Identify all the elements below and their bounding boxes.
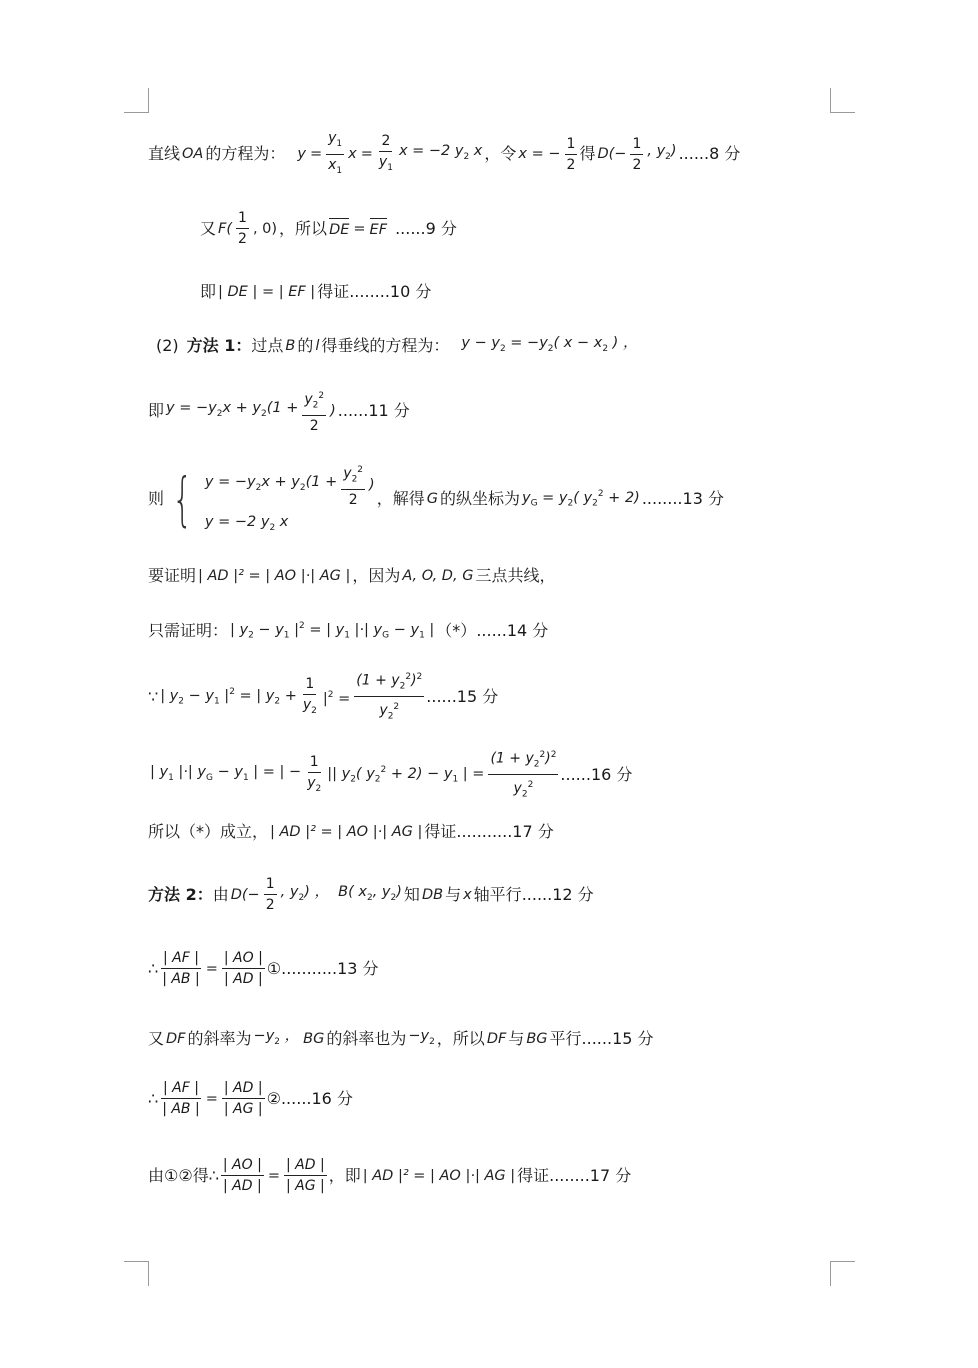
solution-line-16-ratio: ∴ | AF || AB | = | AD || AG | ② ......16… xyxy=(148,1078,353,1119)
math: = xyxy=(361,144,373,164)
solution-line-16: | y1 |·| yG − y1 | = | − 1y2 || y2( y22 … xyxy=(148,745,632,805)
math: −y2 xyxy=(408,1026,434,1052)
fraction-AD-AG: | AD || AG | xyxy=(222,1078,265,1119)
score: ......15 分 xyxy=(582,1029,654,1049)
circled-one: ① xyxy=(267,959,281,979)
fraction-1-2: 12 xyxy=(565,134,578,175)
math: −y2 ， xyxy=(254,1026,300,1052)
therefore-symbol: ∴ xyxy=(148,959,158,979)
equation-system: y = −y2x + y2(1 + y222 ) y = −2 y2 x xyxy=(203,460,377,538)
math: y xyxy=(297,144,306,164)
math: |2 = xyxy=(323,685,350,709)
math: | y2 − y1 |2 = | y2 + xyxy=(160,682,297,712)
vector-EF: EF xyxy=(370,218,388,240)
math: A, O, D, G xyxy=(402,566,473,586)
fraction-AD-AG: | AD || AG | xyxy=(284,1155,327,1196)
math: BG xyxy=(303,1029,324,1049)
method-label: 方法 1： xyxy=(187,336,252,356)
solution-line-17: 所以（*）成立， | AD |² = | AO |·| AG | 得证 ....… xyxy=(148,822,554,842)
score: ...........17 分 xyxy=(456,822,553,842)
text: ，所以 xyxy=(279,219,327,239)
fraction-1-2: 12 xyxy=(236,208,249,249)
text: 得证 xyxy=(517,1166,549,1186)
math: y − y2 = −y2( x − x2 ) ， xyxy=(461,333,637,359)
math: | AD |² = | AO |·| AG | xyxy=(270,822,422,842)
math: | AD |² = | AO |·| AG | xyxy=(363,1166,515,1186)
text: 的斜率为 xyxy=(188,1029,252,1049)
score: ........10 分 xyxy=(349,282,431,302)
left-brace-icon: { xyxy=(172,470,192,528)
text: 直线 xyxy=(148,144,180,164)
math: ) xyxy=(369,475,375,495)
text: 得证 xyxy=(317,282,349,302)
math: , y2) ， B( x2, y2) xyxy=(281,882,402,908)
therefore-symbol: ∴ xyxy=(148,1089,158,1109)
math: = xyxy=(353,219,365,239)
text: （*） xyxy=(436,621,476,641)
fraction-AF-AB: | AF || AB | xyxy=(160,1078,202,1119)
solution-line-15: ∵ | y2 − y1 |2 = | y2 + 1y2 |2 = (1 + y2… xyxy=(148,667,498,727)
math: x xyxy=(463,885,472,905)
fraction-1-y2: 1y2 xyxy=(301,674,319,721)
math: DB xyxy=(422,885,443,905)
math: | AD |² = | AO |·| AG | xyxy=(198,566,350,586)
fraction-AO-AD: | AO || AD | xyxy=(221,1155,264,1196)
solution-line-14: 只需证明： | y2 − y1 |2 = | y1 |·| yG − y1 | … xyxy=(148,616,548,646)
math: x = − xyxy=(518,144,560,164)
text: ，所以 xyxy=(437,1029,485,1049)
text: 轴平行 xyxy=(474,885,522,905)
fraction-1-y2: 1y2 xyxy=(305,752,323,799)
math: | DE | = | EF | xyxy=(218,282,315,302)
math: | y2 − y1 |2 = | y1 |·| yG − y1 | xyxy=(230,616,434,646)
text: ，即 xyxy=(329,1166,361,1186)
solution-line-17-conclusion: 由①②得 ∴ | AO || AD | = | AD || AG | ，即 | … xyxy=(148,1155,631,1196)
score: ......15 分 xyxy=(426,687,498,707)
text: 所以（*）成立， xyxy=(148,822,268,842)
page-corner-mark-bottom-left xyxy=(124,1261,149,1286)
solution-method-2-line-12: 方法 2： 由 D(− 12 , y2) ， B( x2, y2) 知 DB 与… xyxy=(148,874,594,915)
because-symbol: ∵ xyxy=(148,687,158,707)
math: D(− xyxy=(597,144,626,164)
part-label: (2) xyxy=(156,336,179,356)
math: | y1 |·| yG − y1 | = | − xyxy=(150,762,301,788)
text: 得 xyxy=(579,144,595,164)
solution-line-goal: 要证明 | AD |² = | AO |·| AG | ，因为 A, O, D,… xyxy=(148,566,555,586)
solution-line-13-system: 则 { y = −y2x + y2(1 + y222 ) y = −2 y2 x… xyxy=(148,460,724,538)
fraction-y1-x1: y1x1 xyxy=(326,128,344,181)
page-corner-mark-top-right xyxy=(830,88,855,113)
fraction-AO-AD: | AO || AD | xyxy=(222,948,265,989)
text: 即 xyxy=(148,401,164,421)
math: ) xyxy=(330,401,336,421)
vector-DE: DE xyxy=(329,218,349,240)
fraction-result: (1 + y22)2y22 xyxy=(488,745,558,805)
text: 的纵坐标为 xyxy=(440,489,520,509)
text: 知 xyxy=(404,885,420,905)
math: G xyxy=(427,489,438,509)
text: 平行 xyxy=(550,1029,582,1049)
text: 三点共线， xyxy=(475,566,555,586)
math: , y2) xyxy=(647,141,676,167)
math: D(− xyxy=(231,885,260,905)
math: , 0) xyxy=(253,219,277,239)
page-corner-mark-bottom-right xyxy=(830,1261,855,1286)
text: ，令 xyxy=(484,144,516,164)
text: 与 xyxy=(445,885,461,905)
math: = xyxy=(310,144,322,164)
math: BG xyxy=(526,1029,547,1049)
math: DF xyxy=(166,1029,186,1049)
math: || y2( y22 + 2) − y1 | = xyxy=(327,760,484,790)
score: ......9 分 xyxy=(395,219,457,239)
score: ......11 分 xyxy=(338,401,410,421)
math: l xyxy=(315,336,319,356)
fraction-1-2: 12 xyxy=(630,134,643,175)
therefore-symbol: ∴ xyxy=(209,1166,219,1186)
math: = xyxy=(268,1166,280,1186)
score: ........17 分 xyxy=(549,1166,631,1186)
math: = xyxy=(206,959,218,979)
solution-line-11: 即 y = −y2x + y2(1 + y222 ) ......11 分 xyxy=(148,386,410,436)
text: 过点 xyxy=(251,336,283,356)
math: B xyxy=(285,336,295,356)
text: 与 xyxy=(508,1029,524,1049)
math: x xyxy=(348,144,357,164)
solution-part-2-method-1: (2) 方法 1： 过点 B 的 l 得垂线的方程为： y − y2 = −y2… xyxy=(156,333,639,359)
math: = xyxy=(206,1089,218,1109)
fraction-result: (1 + y22)2y22 xyxy=(354,667,424,727)
text: 只需证明： xyxy=(148,621,228,641)
method-label: 方法 2： xyxy=(148,885,213,905)
math: yG = y2( y22 + 2) xyxy=(522,484,640,514)
score: ......14 分 xyxy=(476,621,548,641)
text: 即 xyxy=(200,282,216,302)
text: 则 xyxy=(148,489,164,509)
math: F( xyxy=(218,219,232,239)
math: y = −y2x + y2(1 + xyxy=(205,472,337,498)
page-corner-mark-top-left xyxy=(124,88,149,113)
fraction-y2sq-2: y222 xyxy=(302,386,326,436)
text: 又 xyxy=(200,219,216,239)
score: ........13 分 xyxy=(642,489,724,509)
text: 的斜率也为 xyxy=(326,1029,406,1049)
solution-line-10: 即 | DE | = | EF | 得证 ........10 分 xyxy=(200,282,431,302)
solution-line-9: 又 F( 12 , 0) ，所以 DE = EF ......9 分 xyxy=(200,208,457,249)
text: 由①②得 xyxy=(148,1166,209,1186)
text: 得垂线的方程为： xyxy=(321,336,449,356)
score: ......8 分 xyxy=(679,144,741,164)
score: ...........13 分 xyxy=(281,959,378,979)
text: 要证明 xyxy=(148,566,196,586)
fraction-2-y1: 2y1 xyxy=(377,131,395,178)
score: ......16 分 xyxy=(281,1089,353,1109)
text: 由 xyxy=(213,885,229,905)
fraction-y2sq-2: y222 xyxy=(341,460,365,510)
solution-line-8: 直线 OA 的方程为： y= y1x1 x= 2y1 x = −2 y2 x ，… xyxy=(148,128,740,181)
text: 又 xyxy=(148,1029,164,1049)
solution-line-15-slope: 又 DF 的斜率为 −y2 ， BG 的斜率也为 −y2 ，所以 DF 与 BG… xyxy=(148,1026,654,1052)
text: 的方程为： xyxy=(205,144,285,164)
math-OA: OA xyxy=(182,144,203,164)
math: x = −2 y2 x xyxy=(399,141,482,167)
score: ......16 分 xyxy=(560,765,632,785)
text: 的 xyxy=(297,336,313,356)
math: DF xyxy=(487,1029,507,1049)
math: y = −2 y2 x xyxy=(205,512,375,538)
score: ......12 分 xyxy=(522,885,594,905)
text: ，解得 xyxy=(377,489,425,509)
math: y = −y2x + y2(1 + xyxy=(166,398,298,424)
text: 得证 xyxy=(424,822,456,842)
solution-line-13-ratio: ∴ | AF || AB | = | AO || AD | ① ........… xyxy=(148,948,379,989)
circled-two: ② xyxy=(267,1089,281,1109)
fraction-AF-AB: | AF || AB | xyxy=(160,948,202,989)
text: ，因为 xyxy=(352,566,400,586)
fraction-1-2: 12 xyxy=(264,874,277,915)
